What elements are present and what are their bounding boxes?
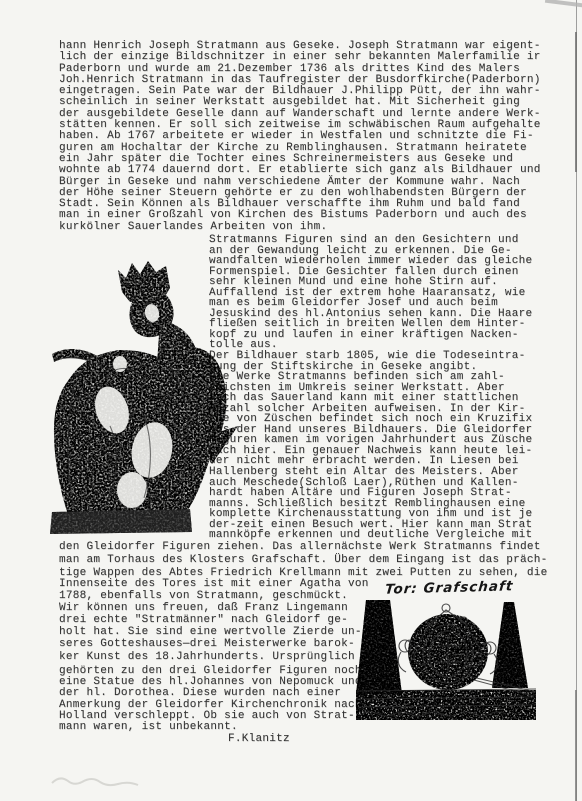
paragraph-narrow: Innenseite des Tores ist mit einer Agath… [59,578,369,663]
gate-crest-illustration [356,594,538,722]
paragraph-closing: gehörten zu den drei Gleidorfer Figuren … [59,666,362,733]
statue-body-group [50,261,238,534]
paragraph-wrap-column: Stratmanns Figuren sind an den Gesichter… [209,235,532,541]
gate-group [356,600,536,720]
paragraph-intro: hann Henrich Joseph Stratmann aus Geseke… [59,41,541,233]
scan-edge-line-bottom [575,690,577,801]
author-signature: F.Klanitz [228,733,290,745]
scan-edge-line-top [575,32,577,172]
pencil-smudge [38,763,178,797]
statue-pedestal [50,509,192,534]
statue-madonna-illustration [40,258,240,538]
scanned-document-page: hann Henrich Joseph Stratmann aus Geseke… [0,0,582,801]
paragraph-mid: den Gleidorfer Figuren ziehen. Das aller… [59,541,548,580]
